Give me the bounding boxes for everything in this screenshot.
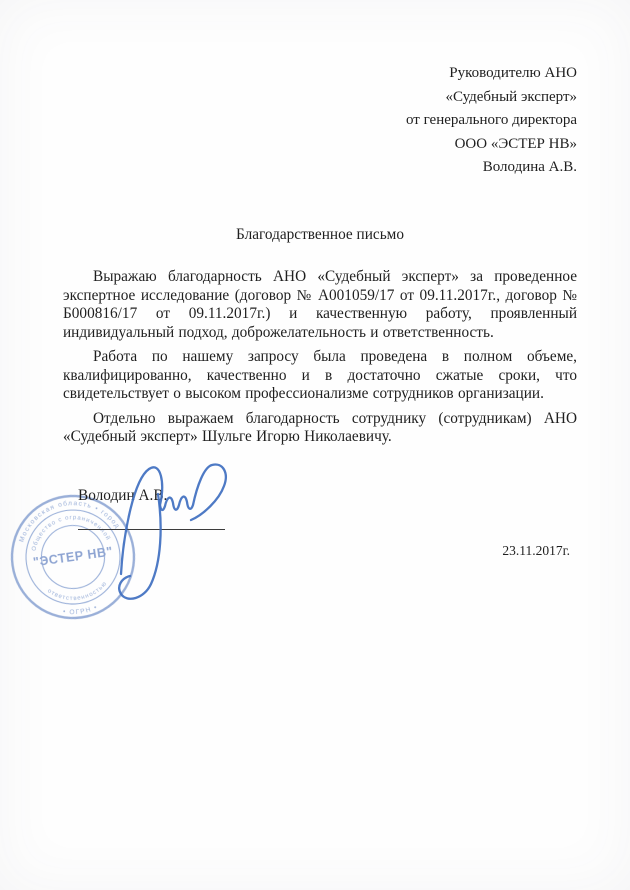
signature-stroke-descender	[119, 494, 160, 599]
letter-body: Выражаю благодарность АНО «Судебный эксп…	[63, 268, 577, 453]
letter-date: 23.11.2017г.	[430, 543, 570, 559]
header-from-role: от генерального директора	[375, 109, 577, 133]
header-recipient: Руководителю АНО «Судебный эксперт»	[375, 62, 577, 109]
paragraph-2: Работа по нашему запросу была проведена …	[63, 348, 577, 404]
signature-stroke-main	[121, 465, 226, 574]
letter-title: Благодарственное письмо	[63, 226, 577, 244]
paragraph-1: Выражаю благодарность АНО «Судебный эксп…	[63, 268, 577, 342]
letter-header: Руководителю АНО «Судебный эксперт» от г…	[375, 62, 577, 180]
header-from-name: Володина А.В.	[375, 156, 577, 180]
paragraph-3: Отдельно выражаем благодарность сотрудни…	[63, 410, 577, 447]
scanned-letter-page: Руководителю АНО «Судебный эксперт» от г…	[0, 0, 630, 890]
handwritten-signature	[70, 452, 245, 612]
header-company: ООО «ЭСТЕР НВ»	[375, 133, 577, 157]
